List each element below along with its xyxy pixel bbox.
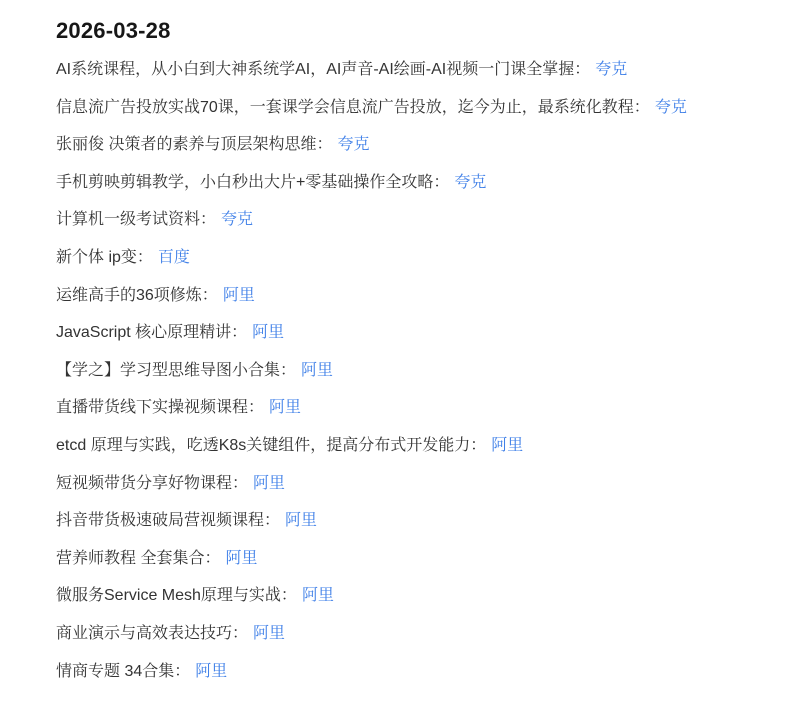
list-item: 运维高手的36项修炼：阿里 — [56, 277, 760, 315]
page-title: 2026-03-28 — [56, 17, 760, 45]
list-item: 短视频带货分享好物课程：阿里 — [56, 465, 760, 503]
item-link[interactable]: 阿里 — [252, 324, 284, 341]
item-text: etcd 原理与实践，吃透K8s关键组件，提高分布式开发能力： — [56, 437, 486, 454]
item-link[interactable]: 夸克 — [595, 61, 627, 78]
list-item: 信息流广告投放实战70课，一套课学会信息流广告投放，迄今为止，最系统化教程：夸克 — [56, 89, 760, 127]
list-item: 张丽俊 决策者的素养与顶层架构思维：夸克 — [56, 126, 760, 164]
item-text: JavaScript 核心原理精讲： — [56, 324, 247, 341]
item-text: 抖音带货极速破局营视频课程： — [56, 512, 280, 529]
item-text: 营养师教程 全套集合： — [56, 550, 220, 567]
list-item: 新个体 ip变：百度 — [56, 239, 760, 277]
item-text: 【学之】学习型思维导图小合集： — [56, 362, 296, 379]
resource-list: AI系统课程，从小白到大神系统学AI，AI声音-AI绘画-AI视频一门课全掌握：… — [56, 51, 760, 690]
list-item: 【学之】学习型思维导图小合集：阿里 — [56, 352, 760, 390]
item-text: 直播带货线下实操视频课程： — [56, 399, 264, 416]
list-item: 商业演示与高效表达技巧：阿里 — [56, 615, 760, 653]
list-item: etcd 原理与实践，吃透K8s关键组件，提高分布式开发能力：阿里 — [56, 427, 760, 465]
item-link[interactable]: 阿里 — [302, 587, 334, 604]
item-text: 运维高手的36项修炼： — [56, 287, 218, 304]
item-text: 商业演示与高效表达技巧： — [56, 625, 248, 642]
list-item: 直播带货线下实操视频课程：阿里 — [56, 389, 760, 427]
item-link[interactable]: 夸克 — [221, 211, 253, 228]
list-item: JavaScript 核心原理精讲：阿里 — [56, 314, 760, 352]
item-link[interactable]: 阿里 — [225, 550, 257, 567]
item-text: 短视频带货分享好物课程： — [56, 475, 248, 492]
list-item: 抖音带货极速破局营视频课程：阿里 — [56, 502, 760, 540]
item-link[interactable]: 阿里 — [491, 437, 523, 454]
item-text: AI系统课程，从小白到大神系统学AI，AI声音-AI绘画-AI视频一门课全掌握： — [56, 61, 590, 78]
item-link[interactable]: 阿里 — [253, 625, 285, 642]
item-link[interactable]: 阿里 — [269, 399, 301, 416]
list-item: 情商专题 34合集：阿里 — [56, 653, 760, 691]
list-item: AI系统课程，从小白到大神系统学AI，AI声音-AI绘画-AI视频一门课全掌握：… — [56, 51, 760, 89]
list-item: 微服务Service Mesh原理与实战：阿里 — [56, 577, 760, 615]
list-item: 计算机一级考试资料：夸克 — [56, 201, 760, 239]
item-text: 计算机一级考试资料： — [56, 211, 216, 228]
item-link[interactable]: 夸克 — [655, 99, 687, 116]
list-item: 手机剪映剪辑教学，小白秒出大片+零基础操作全攻略：夸克 — [56, 164, 760, 202]
item-text: 张丽俊 决策者的素养与顶层架构思维： — [56, 136, 332, 153]
item-text: 微服务Service Mesh原理与实战： — [56, 587, 297, 604]
item-link[interactable]: 夸克 — [454, 174, 486, 191]
item-text: 手机剪映剪辑教学，小白秒出大片+零基础操作全攻略： — [56, 174, 449, 191]
list-item: 营养师教程 全套集合：阿里 — [56, 540, 760, 578]
item-link[interactable]: 阿里 — [285, 512, 317, 529]
item-text: 信息流广告投放实战70课，一套课学会信息流广告投放，迄今为止，最系统化教程： — [56, 99, 650, 116]
item-text: 新个体 ip变： — [56, 249, 153, 266]
item-text: 情商专题 34合集： — [56, 663, 190, 680]
item-link[interactable]: 百度 — [158, 249, 190, 266]
item-link[interactable]: 夸克 — [337, 136, 369, 153]
item-link[interactable]: 阿里 — [301, 362, 333, 379]
document-page: 2026-03-28 AI系统课程，从小白到大神系统学AI，AI声音-AI绘画-… — [0, 0, 800, 704]
item-link[interactable]: 阿里 — [195, 663, 227, 680]
item-link[interactable]: 阿里 — [253, 475, 285, 492]
item-link[interactable]: 阿里 — [223, 287, 255, 304]
